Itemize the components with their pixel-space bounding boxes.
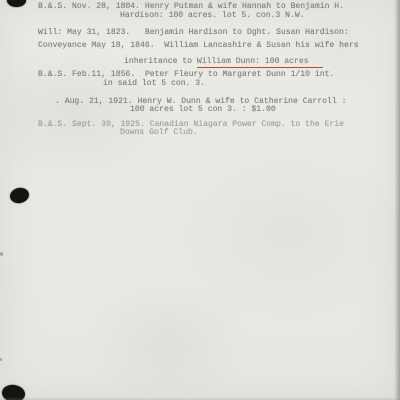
document-line: B.&.S. Feb.11, 1856. Peter Fleury to Mar… (38, 70, 334, 79)
paper-speck (0, 358, 2, 361)
document-line: B.&.S. Nov. 28, 1804. Henry Putman & wif… (38, 2, 344, 11)
page-edge-shadow-right (394, 0, 400, 400)
document-line: Hardison: 100 acres. lot 5. con.3 N.W. (120, 11, 305, 20)
paper-speck (0, 252, 3, 256)
document-line: inheritance to William Dunn: 100 acres (124, 57, 323, 66)
document-text-block: B.&.S. Nov. 28, 1804. Henry Putman & wif… (0, 0, 400, 400)
document-line: 100 acres lot 5 con 3. : $1.00 (130, 105, 276, 114)
document-line: Will: May 31, 1823. Benjamin Hardison to… (38, 28, 349, 37)
red-underlined-text: William Dunn: 100 acres (197, 57, 323, 68)
document-line: Conveyance May 18, 1846. William Lancash… (38, 41, 359, 50)
document-line: in said lot 5 con. 3. (103, 79, 205, 88)
scanned-document-page: B.&.S. Nov. 28, 1804. Henry Putman & wif… (0, 0, 400, 400)
document-line: Downs Golf Club. (120, 128, 198, 137)
document-line-text: inheritance to (124, 57, 197, 66)
